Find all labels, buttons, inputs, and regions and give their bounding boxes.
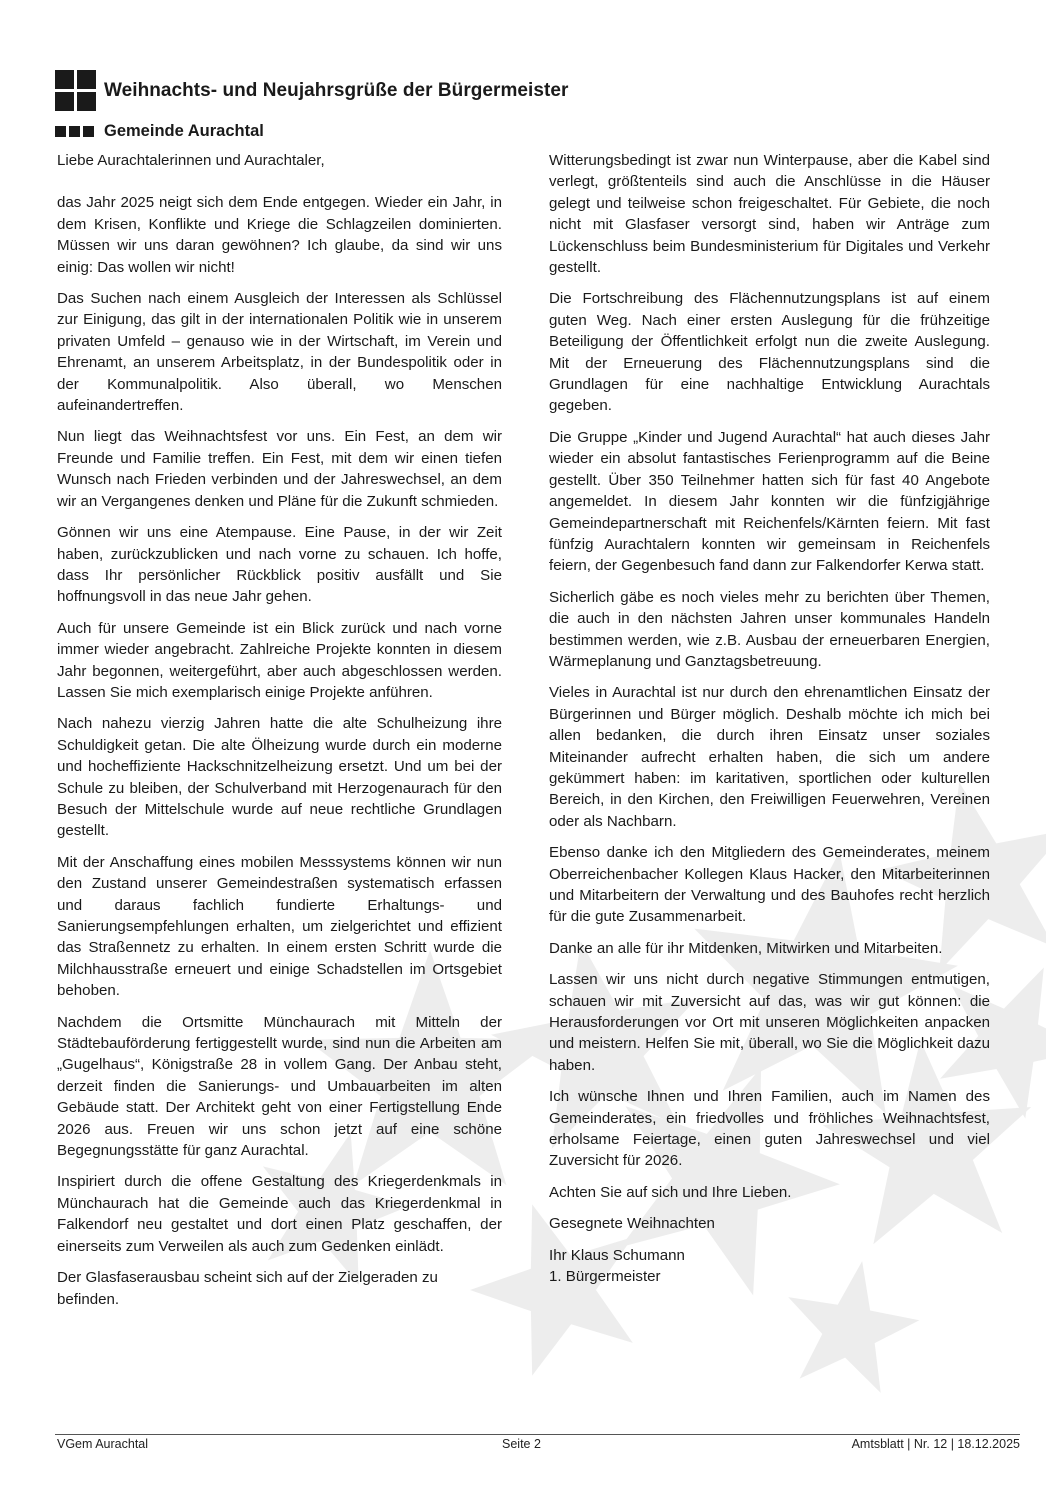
paragraph: Danke an alle für ihr Mitdenken, Mitwirk… [549, 938, 990, 959]
closing-line: Achten Sie auf sich und Ihre Lieben. [549, 1182, 990, 1203]
paragraph: Die Gruppe „Kinder und Jugend Aurachtal“… [549, 427, 990, 577]
paragraph: Vieles in Aurachtal ist nur durch den eh… [549, 682, 990, 832]
three-squares-icon [55, 126, 94, 137]
blessing-line: Gesegnete Weihnachten [549, 1213, 990, 1234]
paragraph: Sicherlich gäbe es noch vieles mehr zu b… [549, 587, 990, 673]
section-title: Gemeinde Aurachtal [104, 122, 264, 141]
paragraph: Ich wünsche Ihnen und Ihren Familien, au… [549, 1086, 990, 1172]
footer-divider [55, 1434, 1020, 1435]
paragraph: Auch für unsere Gemeinde ist ein Blick z… [57, 618, 502, 704]
four-squares-icon [55, 70, 96, 111]
signature-title: 1. Bürgermeister [549, 1266, 990, 1287]
issue-info: Amtsblatt | Nr. 12 | 18.12.2025 [852, 1437, 1020, 1451]
page-number: Seite 2 [502, 1437, 541, 1451]
paragraph: Der Glasfaserausbau scheint sich auf der… [57, 1267, 502, 1310]
paragraph: Gönnen wir uns eine Atempause. Eine Paus… [57, 522, 502, 608]
paragraph: Lassen wir uns nicht durch negative Stim… [549, 969, 990, 1076]
paragraph: Das Suchen nach einem Ausgleich der Inte… [57, 288, 502, 416]
left-column: Liebe Aurachtalerinnen und Aurachtaler, … [57, 150, 502, 1320]
right-column: Witterungsbedingt ist zwar nun Winterpau… [549, 150, 990, 1288]
footer-publisher: VGem Aurachtal [57, 1437, 148, 1451]
signature-name: Ihr Klaus Schumann [549, 1245, 990, 1266]
paragraph: Witterungsbedingt ist zwar nun Winterpau… [549, 150, 990, 278]
paragraph: Mit der Anschaffung eines mobilen Messsy… [57, 852, 502, 1002]
paragraph: Ebenso danke ich den Mitgliedern des Gem… [549, 842, 990, 928]
greeting: Liebe Aurachtalerinnen und Aurachtaler, [57, 150, 502, 171]
paragraph: Nachdem die Ortsmitte Münchaurach mit Mi… [57, 1012, 502, 1162]
paragraph: Die Fortschreibung des Flächennutzungspl… [549, 288, 990, 416]
paragraph: Nach nahezu vierzig Jahren hatte die alt… [57, 713, 502, 841]
page-footer: VGem Aurachtal Seite 2 Amtsblatt | Nr. 1… [57, 1437, 1020, 1451]
page-title: Weihnachts- und Neujahrsgrüße der Bürger… [104, 80, 568, 102]
paragraph: das Jahr 2025 neigt sich dem Ende entgeg… [57, 192, 502, 278]
paragraph: Inspiriert durch die offene Gestaltung d… [57, 1171, 502, 1257]
paragraph: Nun liegt das Weihnachtsfest vor uns. Ei… [57, 426, 502, 512]
page-header: Weihnachts- und Neujahrsgrüße der Bürger… [55, 70, 568, 111]
section-header: Gemeinde Aurachtal [55, 122, 264, 141]
